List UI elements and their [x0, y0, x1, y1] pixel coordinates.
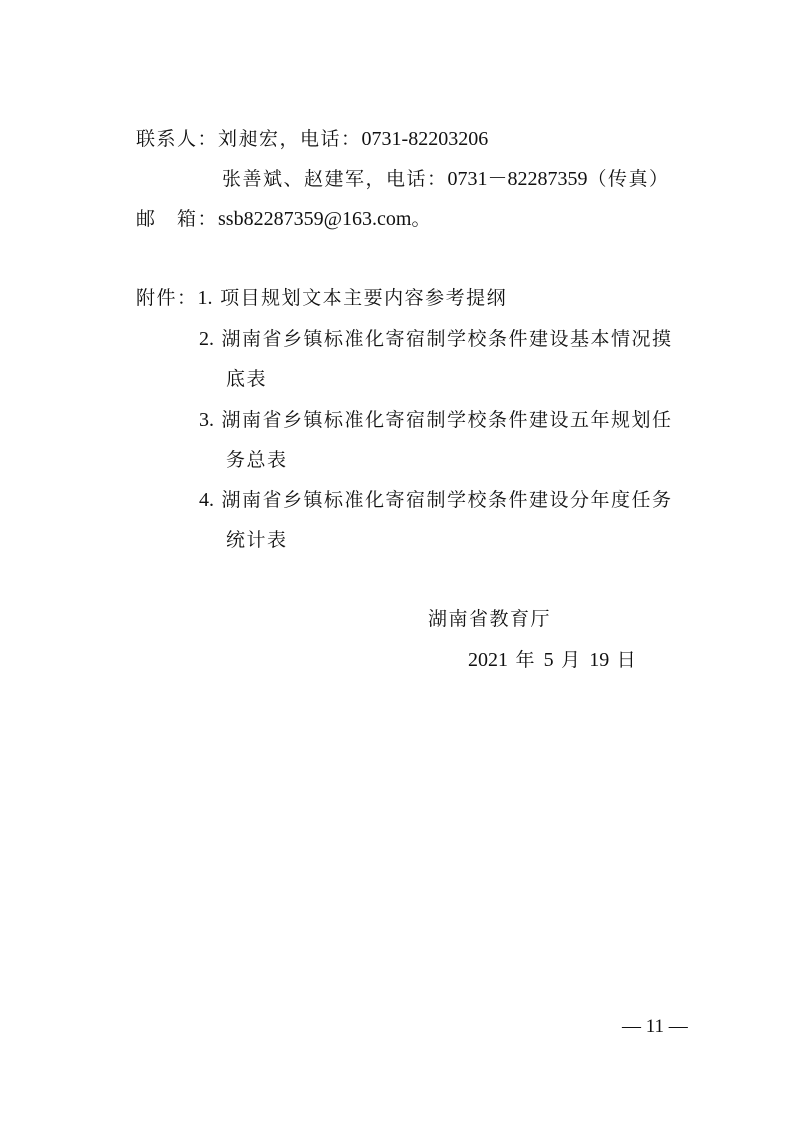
page-number: — 11 — [622, 1016, 688, 1038]
email-line: 邮 箱：ssb82287359@163.com。 [136, 207, 432, 231]
date-year: 2021 [468, 649, 508, 671]
attachment-title-cont: 统计表 [226, 529, 288, 551]
contact-names-2: 张善斌、赵建军，电话： [222, 168, 448, 190]
attachment-title-cont: 底表 [226, 368, 267, 390]
attachment-number: 2. [199, 328, 214, 350]
fax-label: （传真） [588, 168, 670, 190]
attachment-2-cont: 底表 [226, 367, 267, 391]
attachment-title: 湖南省乡镇标准化寄宿制学校条件建设分年度任务 [222, 489, 673, 511]
date-month: 5 [544, 649, 554, 671]
contact-phone-2: 0731－82287359 [448, 168, 588, 190]
attachment-3-cont: 务总表 [226, 448, 288, 472]
attachment-number: 1. [198, 287, 213, 309]
contact-phone-1: 0731-82203206 [362, 128, 489, 150]
attachment-2: 2. 湖南省乡镇标准化寄宿制学校条件建设基本情况摸 [199, 327, 673, 351]
attachments-label: 附件： [136, 287, 198, 309]
issuing-organization: 湖南省教育厅 [428, 608, 551, 630]
attachment-title-cont: 务总表 [226, 449, 288, 471]
attachment-4: 4. 湖南省乡镇标准化寄宿制学校条件建设分年度任务 [199, 488, 673, 512]
attachment-title: 湖南省乡镇标准化寄宿制学校条件建设五年规划任 [222, 409, 673, 431]
attachment-title: 湖南省乡镇标准化寄宿制学校条件建设基本情况摸 [222, 328, 673, 350]
attachment-number: 3. [199, 409, 214, 431]
attachment-number: 4. [199, 489, 214, 511]
date-month-unit: 月 [561, 649, 582, 671]
contact-line-2: 张善斌、赵建军，电话：0731－82287359（传真） [222, 167, 670, 191]
date-day: 19 [589, 649, 609, 671]
date-year-unit: 年 [516, 649, 537, 671]
contact-label: 联系人： [136, 128, 218, 150]
attachment-3: 3. 湖南省乡镇标准化寄宿制学校条件建设五年规划任 [199, 408, 673, 432]
date-day-unit: 日 [617, 649, 638, 671]
signature-org: 湖南省教育厅 [428, 607, 551, 631]
contact-names-1: 刘昶宏，电话： [218, 128, 362, 150]
contact-line-1: 联系人：刘昶宏，电话：0731-82203206 [136, 127, 488, 151]
email-label: 邮 箱： [136, 208, 218, 230]
signature-date: 2021 年 5 月 19 日 [468, 648, 637, 672]
email-suffix: 。 [411, 208, 432, 230]
email-address: ssb82287359@163.com [218, 208, 411, 230]
attachment-1: 附件：1. 项目规划文本主要内容参考提纲 [136, 286, 507, 310]
attachment-title: 项目规划文本主要内容参考提纲 [220, 287, 507, 309]
attachment-4-cont: 统计表 [226, 528, 288, 552]
